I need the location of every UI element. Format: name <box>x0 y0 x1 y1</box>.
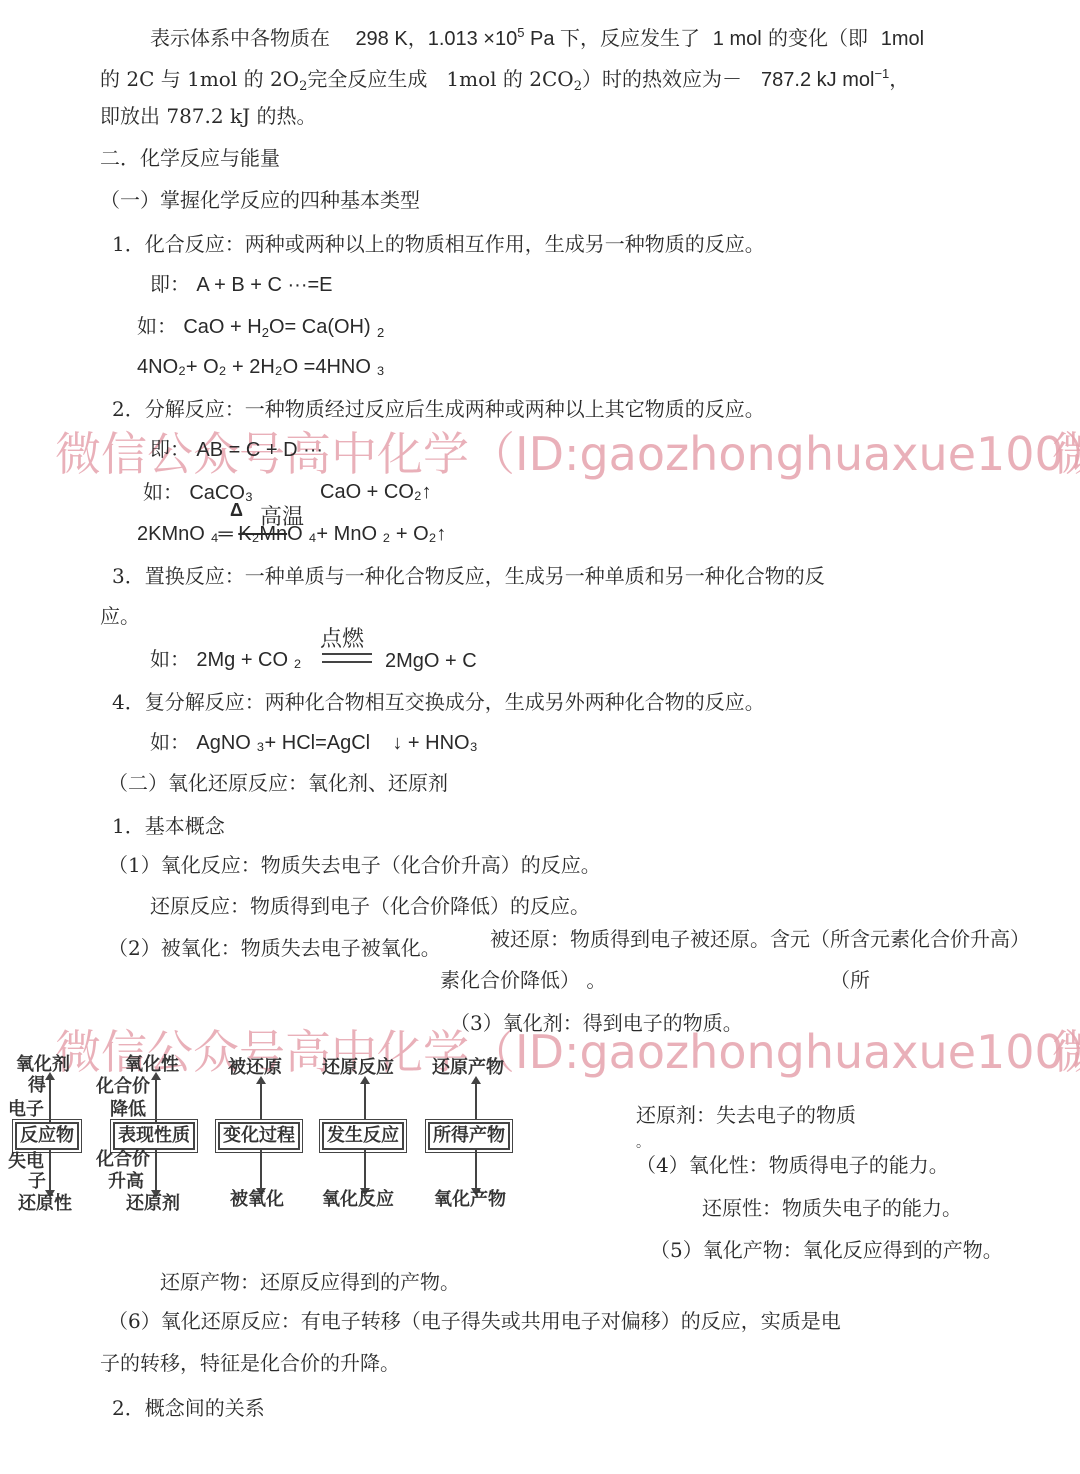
diagram-top-3: 被还原 <box>228 1058 282 1078</box>
relation-title: 2．概念间的关系 <box>112 1395 265 1421</box>
diagram-top-1: 氧化剂 <box>16 1055 70 1075</box>
label-zi: 子 <box>28 1172 46 1192</box>
concept-2c: 素化合价降低） 。 <box>440 967 606 993</box>
concept-3: （3）氧化剂：得到电子的物质。 <box>450 1010 743 1036</box>
subsection-heading-2: （二）氧化还原反应：氧化剂、还原剂 <box>108 770 448 796</box>
subsection-heading-1: （一）掌握化学反应的四种基本类型 <box>100 187 420 213</box>
diagram-top-4: 还原反应 <box>322 1058 394 1078</box>
concept-4b: 还原性：物质失电子的能力。 <box>702 1195 962 1221</box>
diagram-bottom-2: 还原剂 <box>126 1194 180 1214</box>
label-valence-1: 化合价 <box>96 1077 150 1097</box>
diagram-bottom-4: 氧化反应 <box>322 1190 394 1210</box>
item-1-title: 1．化合反应：两种或两种以上的物质相互作用，生成另一种物质的反应。 <box>112 231 765 257</box>
diagram-box-2: 表现性质 <box>113 1122 195 1150</box>
diagram-box-1: 反应物 <box>15 1122 79 1150</box>
diagram-box-4: 发生反应 <box>322 1122 404 1150</box>
label-lose: 失电 <box>8 1152 44 1172</box>
label-electron: 电子 <box>8 1100 44 1120</box>
concept-4: （4）氧化性：物质得电子的能力。 <box>636 1152 949 1178</box>
concept-1b: 还原反应：物质得到电子（化合价降低）的反应。 <box>150 893 590 919</box>
intro-line-1: 表示体系中各物质在 298 K，1.013 ×105 Pa 下，反应发生了 1 … <box>150 20 924 52</box>
label-valence-2: 化合价 <box>96 1150 150 1170</box>
label-decrease: 降低 <box>110 1100 146 1120</box>
diagram-box-3: 变化过程 <box>218 1122 300 1150</box>
item-2-general: 即： AB = C + D ··· <box>150 436 323 463</box>
item-4-title: 4．复分解反应：两种化合物相互交换成分，生成另外两种化合物的反应。 <box>112 689 765 715</box>
intro-line-2: 的 2C 与 1mol 的 2O2完全反应生成 1mol 的 2CO2）时的热效… <box>100 61 909 100</box>
watermark-tail: 微 <box>1052 426 1080 482</box>
condition-delta: Δ <box>230 500 243 521</box>
item-4-example: 如： AgNO ₃+ HCl=AgCl ↓ + HNO₃ <box>150 729 478 756</box>
arrow-down-2 <box>155 1150 157 1192</box>
arrow-down-4 <box>364 1150 366 1190</box>
concept-6: （6）氧化还原反应：有电子转移（电子得失或共用电子对偏移）的反应，实质是电 <box>108 1308 841 1334</box>
item-3-product: 2MgO + C <box>385 648 477 674</box>
diagram-bottom-5: 氧化产物 <box>434 1190 506 1210</box>
item-1-example-1: 如： CaO + H2O= Ca(OH) 2 <box>137 313 384 346</box>
concept-2d: （所 <box>830 967 870 993</box>
item-2-title: 2．分解反应：一种物质经过反应后生成两种或两种以上其它物质的反应。 <box>112 396 765 422</box>
concept-5b: 还原产物：还原反应得到的产物。 <box>160 1269 460 1295</box>
condition-ignite: 点燃 <box>320 622 364 653</box>
intro-line-3: 即放出 787.2 kJ 的热。 <box>100 103 316 129</box>
basic-concepts-title: 1．基本概念 <box>112 813 225 839</box>
arrow-up-3 <box>260 1082 262 1120</box>
label-increase: 升高 <box>108 1172 144 1192</box>
item-1-example-2: 4NO₂+ O₂ + 2H₂O =4HNO ₃ <box>137 354 385 380</box>
item-3-title-cont: 应。 <box>100 603 140 629</box>
diagram-box-5: 所得产物 <box>428 1122 510 1150</box>
watermark-tail: 微 <box>1052 1024 1080 1080</box>
double-equals <box>322 653 372 663</box>
concept-6b: 子的转移，特征是化合价的升降。 <box>100 1350 400 1376</box>
arrow-up-4 <box>364 1082 366 1120</box>
arrow-up-5 <box>475 1082 477 1120</box>
item-2-example-1-product: CaO + CO₂↑ <box>320 479 432 505</box>
arrow-down-5 <box>475 1150 477 1190</box>
arrow-up-1 <box>49 1078 51 1122</box>
item-1-general: 即： A + B + C ···=E <box>150 271 333 298</box>
diagram-bottom-1: 还原性 <box>18 1194 72 1214</box>
concept-2: （2）被氧化：物质失去电子被氧化。 <box>108 935 441 961</box>
item-2-example-2: 2KMnO ₄═ K₂MnO ₄+ MnO ₂ + O₂↑ <box>137 521 446 547</box>
diagram-bottom-3: 被氧化 <box>230 1190 284 1210</box>
item-3-example: 如： 2Mg + CO ₂ <box>150 646 301 673</box>
concept-3b: 还原剂：失去电子的物质 <box>636 1102 856 1128</box>
item-3-title: 3．置换反应：一种单质与一种化合物反应，生成另一种单质和另一种化合物的反 <box>112 563 825 589</box>
arrow-up-2 <box>155 1078 157 1122</box>
label-gain: 得 <box>28 1076 46 1096</box>
concept-5: （5）氧化产物：氧化反应得到的产物。 <box>650 1237 1003 1263</box>
diagram-top-5: 还原产物 <box>432 1058 504 1078</box>
concept-1: （1）氧化反应：物质失去电子（化合价升高）的反应。 <box>108 852 601 878</box>
arrow-down-1 <box>49 1150 51 1192</box>
concept-2b: 被还原：物质得到电子被还原。含元（所含元素化合价升高） <box>490 926 1030 952</box>
arrow-down-3 <box>260 1150 262 1190</box>
section-heading: 二．化学反应与能量 <box>100 145 280 171</box>
